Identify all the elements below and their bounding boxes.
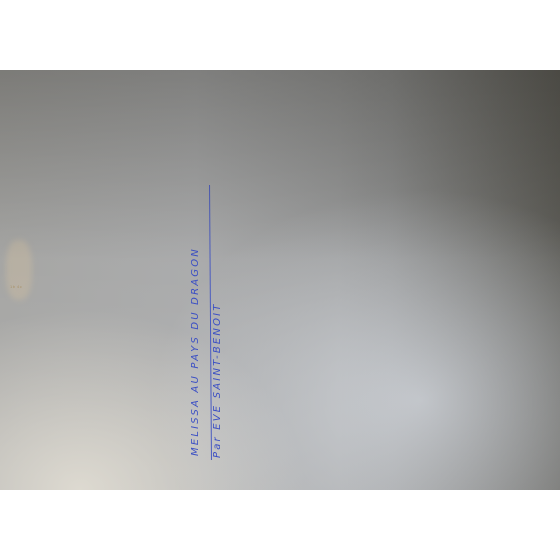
paper-stain (6, 240, 32, 300)
image-frame: 1b 4c MELISSA AU PAYS DU DRAGON Par EVE … (0, 0, 560, 560)
paper-photo: 1b 4c MELISSA AU PAYS DU DRAGON Par EVE … (0, 70, 560, 490)
stain-mark: 1b 4c (10, 284, 22, 289)
handwritten-title-block: MELISSA AU PAYS DU DRAGON Par EVE SAINT-… (190, 170, 240, 460)
handwritten-title: MELISSA AU PAYS DU DRAGON (190, 247, 201, 456)
handwritten-author: Par EVE SAINT-BENOIT (212, 302, 223, 458)
